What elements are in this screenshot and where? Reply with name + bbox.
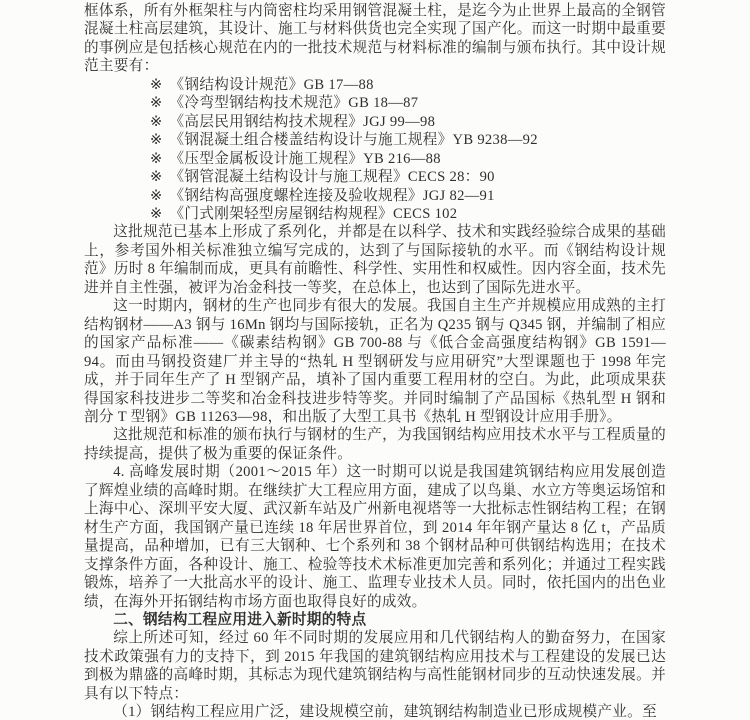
design-code-item: ※《压型金属板设计施工规程》YB 216—88 [84, 150, 666, 168]
design-code-text: 《钢管混凝土结构设计与施工规程》CECS 28：90 [170, 169, 495, 185]
design-code-item: ※《钢结构设计规范》GB 17—88 [84, 76, 666, 94]
paragraph-code-series: 这批规范已基本上形成了系列化，并都是在以科学、技术和实践经验综合成果的基础上，参… [84, 223, 666, 297]
design-code-item: ※《钢结构高强度螺栓连接及验收规程》JGJ 82—91 [84, 187, 666, 205]
design-code-text: 《冷弯型钢结构技术规范》GB 18—87 [170, 95, 419, 111]
design-code-text: 《门式刚架轻型房屋钢结构规程》CECS 102 [170, 206, 458, 222]
reference-mark-icon: ※ [150, 151, 163, 167]
paragraph-guarantee: 这批规范和标准的颁布执行与钢材的生产，为我国钢结构应用技术水平与工程质量的持续提… [84, 426, 666, 463]
paragraph-steel-production: 这一时期内，钢材的生产也同步有很大的发展。我国自主生产并规模应用成熟的主打结构钢… [84, 297, 666, 426]
design-code-item: ※《高层民用钢结构技术规程》JGJ 99—98 [84, 113, 666, 131]
paragraph-feature-1: （1）钢结构工程应用广泛，建设规模空前，建筑钢结构制造业已形成规模产业。至 [84, 703, 666, 720]
paragraph-summary: 综上所述可知，经过 60 年不同时期的发展应用和几代钢结构人的勤奋努力，在国家技… [84, 629, 666, 703]
design-code-item: ※《门式刚架轻型房屋钢结构规程》CECS 102 [84, 205, 666, 223]
design-code-list: ※《钢结构设计规范》GB 17—88 ※《冷弯型钢结构技术规范》GB 18—87… [84, 76, 666, 224]
reference-mark-icon: ※ [150, 169, 163, 185]
reference-mark-icon: ※ [150, 95, 163, 111]
design-code-item: ※《钢混凝土组合楼盖结构设计与施工规程》YB 9238—92 [84, 131, 666, 149]
design-code-text: 《钢结构高强度螺栓连接及验收规程》JGJ 82—91 [170, 188, 495, 204]
design-code-text: 《钢混凝土组合楼盖结构设计与施工规程》YB 9238—92 [170, 132, 538, 148]
design-code-text: 《高层民用钢结构技术规程》JGJ 99—98 [170, 114, 436, 130]
reference-mark-icon: ※ [150, 188, 163, 204]
reference-mark-icon: ※ [150, 132, 163, 148]
document-page: 框体系，所有外框架柱与内筒密柱均采用钢管混凝土柱，是迄今为止世界上最高的全钢管混… [0, 0, 750, 720]
section-heading: 二、钢结构工程应用进入新时期的特点 [84, 611, 666, 629]
paragraph-opening-continuation: 框体系，所有外框架柱与内筒密柱均采用钢管混凝土柱，是迄今为止世界上最高的全钢管混… [84, 2, 666, 76]
reference-mark-icon: ※ [150, 77, 163, 93]
design-code-item: ※《钢管混凝土结构设计与施工规程》CECS 28：90 [84, 168, 666, 186]
design-code-text: 《压型金属板设计施工规程》YB 216—88 [170, 151, 441, 167]
design-code-item: ※《冷弯型钢结构技术规范》GB 18—87 [84, 94, 666, 112]
design-code-text: 《钢结构设计规范》GB 17—88 [170, 77, 374, 93]
reference-mark-icon: ※ [150, 206, 163, 222]
reference-mark-icon: ※ [150, 114, 163, 130]
paragraph-peak-period: 4. 高峰发展时期（2001～2015 年）这一时期可以说是我国建筑钢结构应用发… [84, 463, 666, 611]
